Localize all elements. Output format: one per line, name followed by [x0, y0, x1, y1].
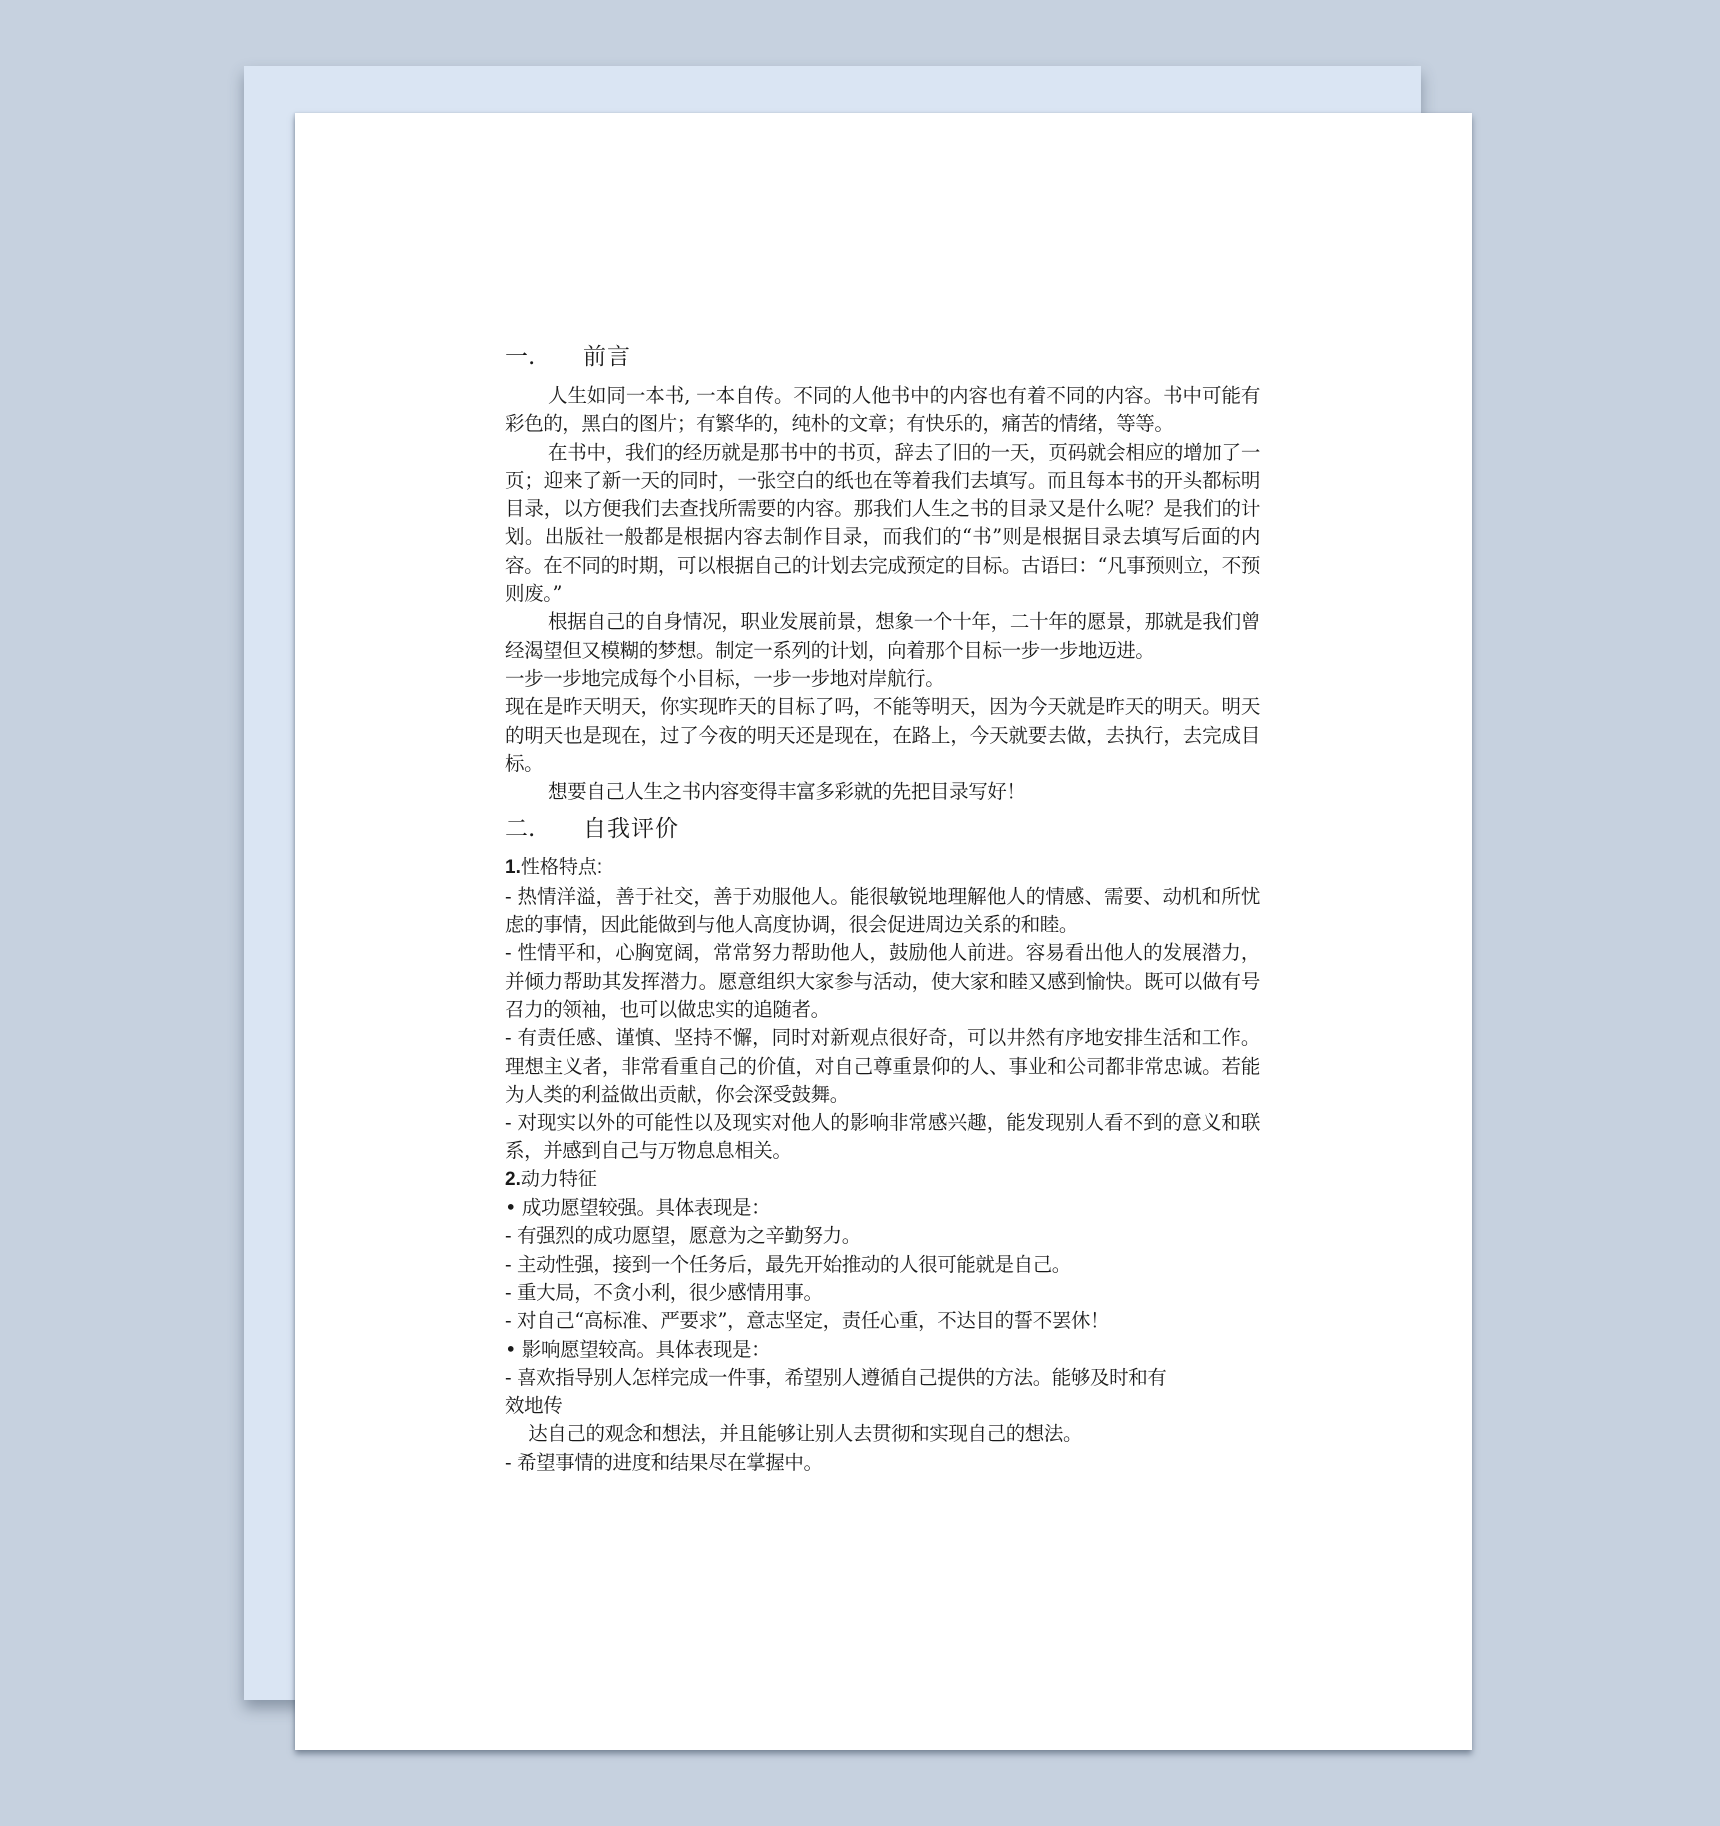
section-title: 前言 — [583, 340, 631, 374]
paragraph: 在书中，我们的经历就是那书中的书页，辞去了旧的一天，页码就会相应的增加了一页；迎… — [505, 439, 1260, 609]
list-item: - 有强烈的成功愿望，愿意为之辛勤努力。 — [505, 1222, 1260, 1250]
paragraph: 人生如同一本书, 一本自传。不同的人他书中的内容也有着不同的内容。书中可能有彩色… — [505, 382, 1260, 439]
section-heading-self-evaluation: 二. 自我评价 — [505, 812, 1260, 846]
paragraph: 想要自己人生之书内容变得丰富多彩就的先把目录写好！ — [505, 778, 1260, 806]
subheading-number: 1. — [505, 857, 521, 878]
section-heading-preface: 一. 前言 — [505, 340, 1260, 374]
paragraph: 现在是昨天明天，你实现昨天的目标了吗，不能等明天，因为今天就是昨天的明天。明天的… — [505, 693, 1260, 778]
bullet-item: • 成功愿望较强。具体表现是： — [505, 1194, 1260, 1222]
paragraph: 根据自己的自身情况，职业发展前景，想象一个十年，二十年的愿景，那就是我们曾经渴望… — [505, 608, 1260, 665]
paragraph: 一步一步地完成每个小目标，一步一步地对岸航行。 — [505, 665, 1260, 693]
list-item: - 热情洋溢，善于社交，善于劝服他人。能很敏锐地理解他人的情感、需要、动机和所忧… — [505, 883, 1260, 940]
document-page: 一. 前言 人生如同一本书, 一本自传。不同的人他书中的内容也有着不同的内容。书… — [295, 113, 1472, 1750]
section-number: 一. — [505, 340, 535, 374]
list-item: - 重大局，不贪小利，很少感情用事。 — [505, 1279, 1260, 1307]
subheading-number: 2. — [505, 1169, 521, 1190]
list-item-continuation: 效地传 — [505, 1392, 1260, 1420]
document-content: 一. 前言 人生如同一本书, 一本自传。不同的人他书中的内容也有着不同的内容。书… — [505, 338, 1260, 1477]
subheading-title: 动力特征 — [521, 1169, 597, 1190]
list-item-continuation: 达自己的观念和想法，并且能够让别人去贯彻和实现自己的想法。 — [505, 1420, 1260, 1448]
list-item: - 主动性强，接到一个任务后，最先开始推动的人很可能就是自己。 — [505, 1251, 1260, 1279]
list-item: - 对自己“高标准、严要求”，意志坚定，责任心重，不达目的誓不罢休！ — [505, 1307, 1260, 1335]
section-title: 自我评价 — [583, 812, 679, 846]
list-item: - 希望事情的进度和结果尽在掌握中。 — [505, 1449, 1260, 1477]
bullet-item: • 影响愿望较高。具体表现是： — [505, 1336, 1260, 1364]
section-number: 二. — [505, 812, 535, 846]
subheading-motivation: 2.动力特征 — [505, 1166, 1260, 1194]
list-item: - 对现实以外的可能性以及现实对他人的影响非常感兴趣，能发现别人看不到的意义和联… — [505, 1109, 1260, 1166]
list-item: - 喜欢指导别人怎样完成一件事，希望别人遵循自己提供的方法。能够及时和有 — [505, 1364, 1260, 1392]
list-item: - 性情平和，心胸宽阔，常常努力帮助他人，鼓励他人前进。容易看出他人的发展潜力，… — [505, 939, 1260, 1024]
subheading-title: 性格特点: — [521, 857, 602, 878]
subheading-personality: 1.性格特点: — [505, 854, 1260, 882]
list-item: - 有责任感、谨慎、坚持不懈，同时对新观点很好奇，可以井然有序地安排生活和工作。… — [505, 1024, 1260, 1109]
